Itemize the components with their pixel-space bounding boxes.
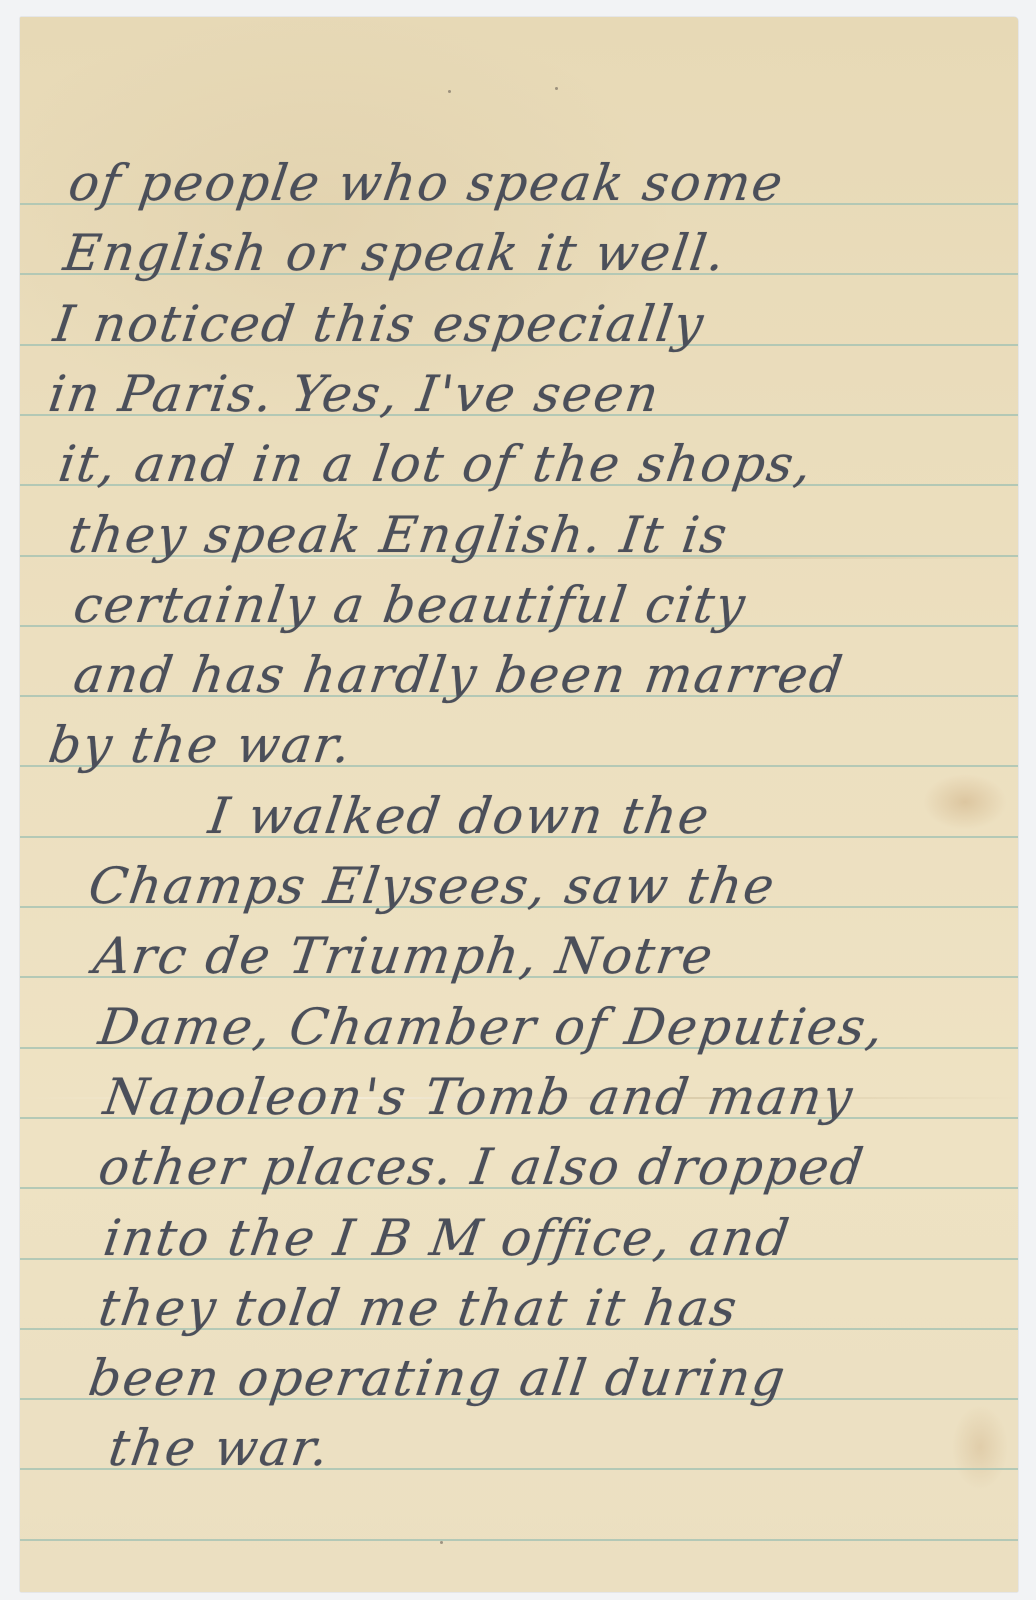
paper-speck [448, 90, 451, 93]
handwritten-line: I noticed this especially [50, 294, 709, 354]
handwritten-line: English or speak it well. [60, 223, 730, 283]
handwritten-line: they told me that it has [95, 1278, 742, 1338]
ruled-line [20, 1539, 1018, 1541]
handwritten-line: and has hardly been marred [70, 645, 848, 705]
handwritten-line: been operating all during [85, 1348, 790, 1408]
handwritten-line: other places. I also dropped [95, 1137, 869, 1197]
handwritten-line: I walked down the [205, 786, 714, 846]
handwritten-line: Champs Elysees, saw the [85, 856, 780, 916]
handwritten-line: the war. [105, 1418, 334, 1478]
handwritten-line: of people who speak some [65, 153, 788, 213]
handwritten-line: in Paris. Yes, I've seen [45, 364, 664, 424]
scanned-page: of people who speak someEnglish or speak… [0, 0, 1036, 1600]
handwritten-line: they speak English. It is [65, 505, 732, 565]
handwritten-line: by the war. [45, 715, 356, 775]
handwritten-line: into the I B M office, and [100, 1208, 794, 1268]
handwritten-line: Napoleon's Tomb and many [100, 1067, 858, 1127]
letter-paper: of people who speak someEnglish or speak… [20, 17, 1018, 1592]
handwritten-line: certainly a beautiful city [70, 575, 750, 635]
paper-speck [440, 1541, 443, 1544]
handwritten-line: Arc de Triumph, Notre [90, 926, 718, 986]
handwritten-line: it, and in a lot of the shops, [55, 434, 817, 494]
paper-speck [555, 87, 558, 90]
handwritten-line: Dame, Chamber of Deputies, [95, 997, 889, 1057]
